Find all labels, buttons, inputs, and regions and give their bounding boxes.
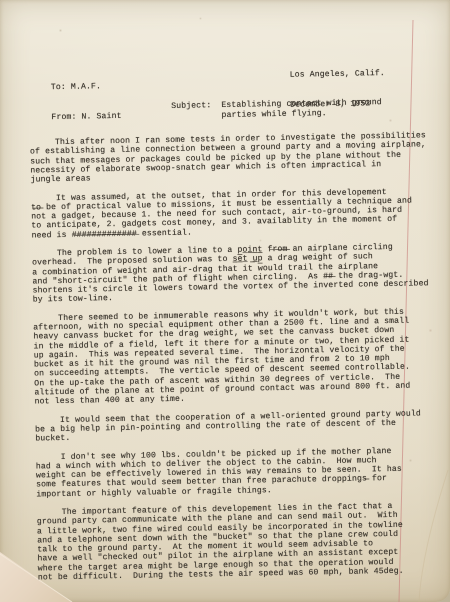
from-line: From: N. Saint xyxy=(51,112,121,123)
letter-body: This after noon I ran some tests in orde… xyxy=(30,131,434,582)
to-line: To: M.A.F. xyxy=(51,82,121,93)
subject-block: Subject: Establishing contact with groun… xyxy=(171,98,382,121)
scanned-letter: Los Angeles, Calif. December 8, 1952 To:… xyxy=(0,0,450,602)
scan-speckles xyxy=(0,0,1,1)
place-line: Los Angeles, Calif. xyxy=(290,69,385,81)
to-from-block: To: M.A.F. From: N. Saint xyxy=(50,62,122,143)
typed-content: Los Angeles, Calif. December 8, 1952 To:… xyxy=(0,0,450,602)
